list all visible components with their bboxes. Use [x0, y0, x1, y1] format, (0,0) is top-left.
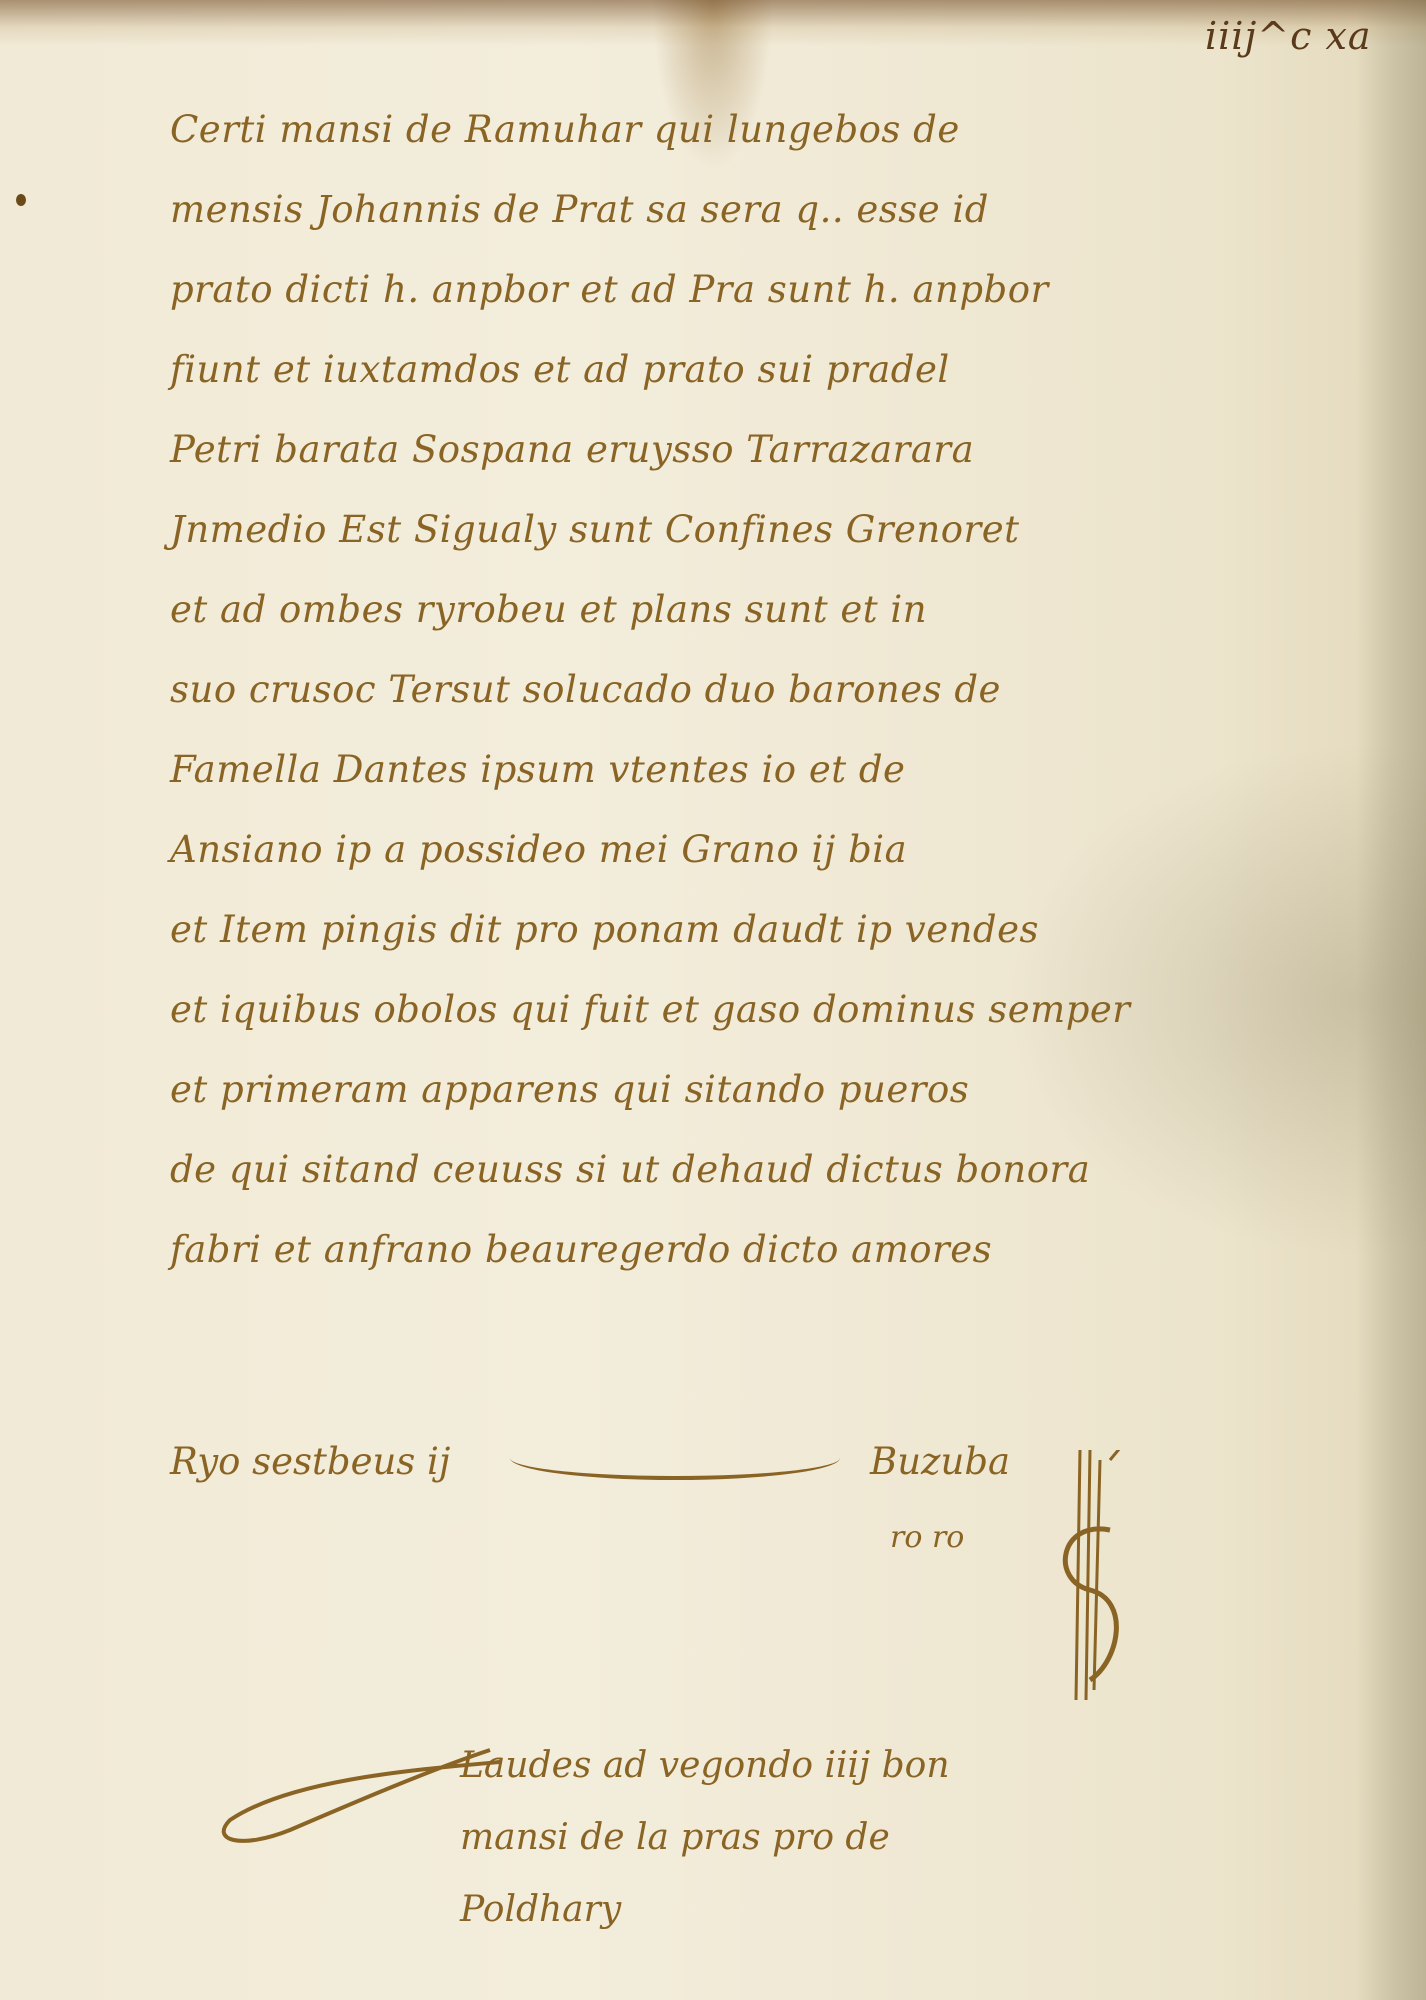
footer-line: Poldhary [460, 1874, 1260, 1946]
text-line: Jnmedio Est Sigualy sunt Confines Grenor… [170, 490, 1360, 570]
pen-flourish [510, 1436, 840, 1480]
text-line: et Item pingis dit pro ponam daudt ip ve… [170, 890, 1360, 970]
text-line: prato dicti h. anpbor et ad Pra sunt h. … [170, 250, 1360, 330]
manuscript-page: iiij^c xa Certi mansi de Ramuhar qui lun… [0, 0, 1426, 2000]
footer-line: mansi de la pras pro de [460, 1802, 1260, 1874]
text-line: et iquibus obolos qui fuit et gaso domin… [170, 970, 1360, 1050]
text-line: fiunt et iuxtamdos et ad prato sui prade… [170, 330, 1360, 410]
text-line: Ansiano ip a possideo mei Grano ij bia [170, 810, 1360, 890]
text-line: et primeram apparens qui sitando pueros [170, 1050, 1360, 1130]
text-line: mensis Johannis de Prat sa sera q.. esse… [170, 170, 1360, 250]
text-line: Certi mansi de Ramuhar qui lungebos de [170, 90, 1360, 170]
notarial-paraph-icon [1050, 1450, 1130, 1710]
footer-line: Laudes ad vegondo iiij bon [460, 1730, 1260, 1802]
text-line: suo crusoc Tersut solucado duo barones d… [170, 650, 1360, 730]
text-line: Petri barata Sospana eruysso Tarrazarara [170, 410, 1360, 490]
signature-name: Buzuba [870, 1440, 1010, 1483]
folio-number: iiij^c xa [1205, 14, 1372, 58]
closing-text: Ryo sestbeus ij [170, 1440, 450, 1483]
text-line: fabri et anfrano beauregerdo dicto amore… [170, 1210, 1360, 1290]
footer-note: Laudes ad vegondo iiij bon mansi de la p… [460, 1730, 1260, 1946]
text-line: de qui sitand ceuuss si ut dehaud dictus… [170, 1130, 1360, 1210]
text-line: et ad ombes ryrobeu et plans sunt et in [170, 570, 1360, 650]
signature-subtext: ro ro [890, 1520, 964, 1555]
manuscript-body: Certi mansi de Ramuhar qui lungebos de m… [170, 90, 1360, 1290]
right-edge-fold-shadow [1356, 0, 1426, 2000]
text-line: Famella Dantes ipsum vtentes io et de [170, 730, 1360, 810]
ink-spot [16, 194, 26, 206]
